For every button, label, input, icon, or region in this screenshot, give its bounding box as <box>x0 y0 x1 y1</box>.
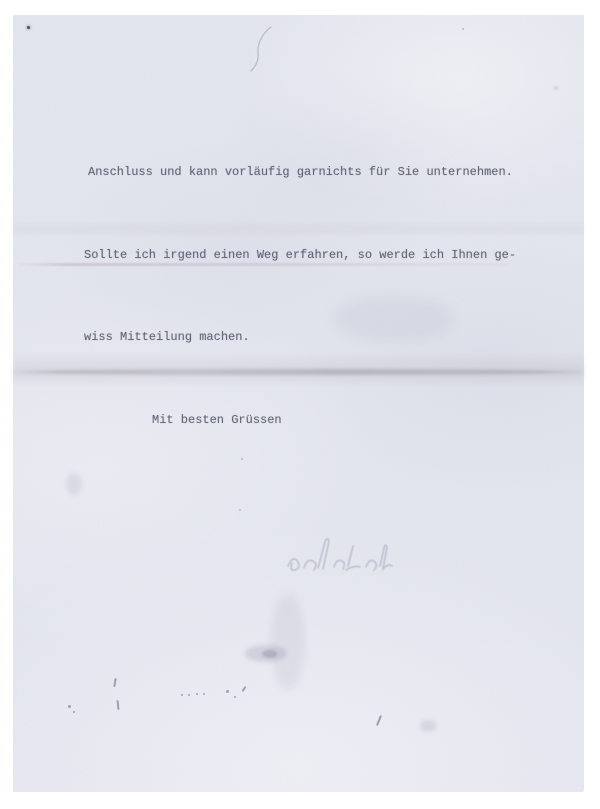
speck-right <box>554 86 558 90</box>
letter-line-2: Sollte ich irgend einen Weg erfahren, so… <box>84 242 544 270</box>
letter-line-1: Anschluss und kann vorläufig garnichts f… <box>84 159 544 187</box>
letter-line-3: wiss Mitteilung machen. <box>84 324 544 352</box>
pencil-mark <box>203 693 205 695</box>
letter-text-block: Anschluss und kann vorläufig garnichts f… <box>84 104 544 489</box>
smudge-left-margin <box>66 473 82 495</box>
stain-vertical <box>271 595 305 690</box>
stain-blob-core <box>262 650 277 658</box>
pencil-mark <box>226 690 229 693</box>
pencil-mark <box>113 678 116 687</box>
speck-top-right <box>462 28 464 30</box>
pencil-mark <box>181 694 183 696</box>
bleedthrough-signature <box>280 530 415 580</box>
pencil-mark <box>376 715 382 726</box>
pencil-mark <box>116 700 119 710</box>
pencil-mark <box>73 711 75 713</box>
smudge-bottom <box>420 720 436 732</box>
pencil-mark <box>234 696 236 698</box>
speck-center-b <box>239 509 241 511</box>
ink-speck-top-left <box>27 26 30 29</box>
pencil-squiggle-mark <box>241 23 283 75</box>
scanned-letter-page: Anschluss und kann vorläufig garnichts f… <box>0 0 600 809</box>
pencil-mark <box>188 694 190 696</box>
pencil-mark <box>241 686 246 692</box>
pencil-mark <box>196 693 198 695</box>
paper-sheet: Anschluss und kann vorläufig garnichts f… <box>13 15 584 792</box>
letter-line-4: Mit besten Grüssen <box>84 407 544 435</box>
pencil-mark <box>68 705 71 708</box>
